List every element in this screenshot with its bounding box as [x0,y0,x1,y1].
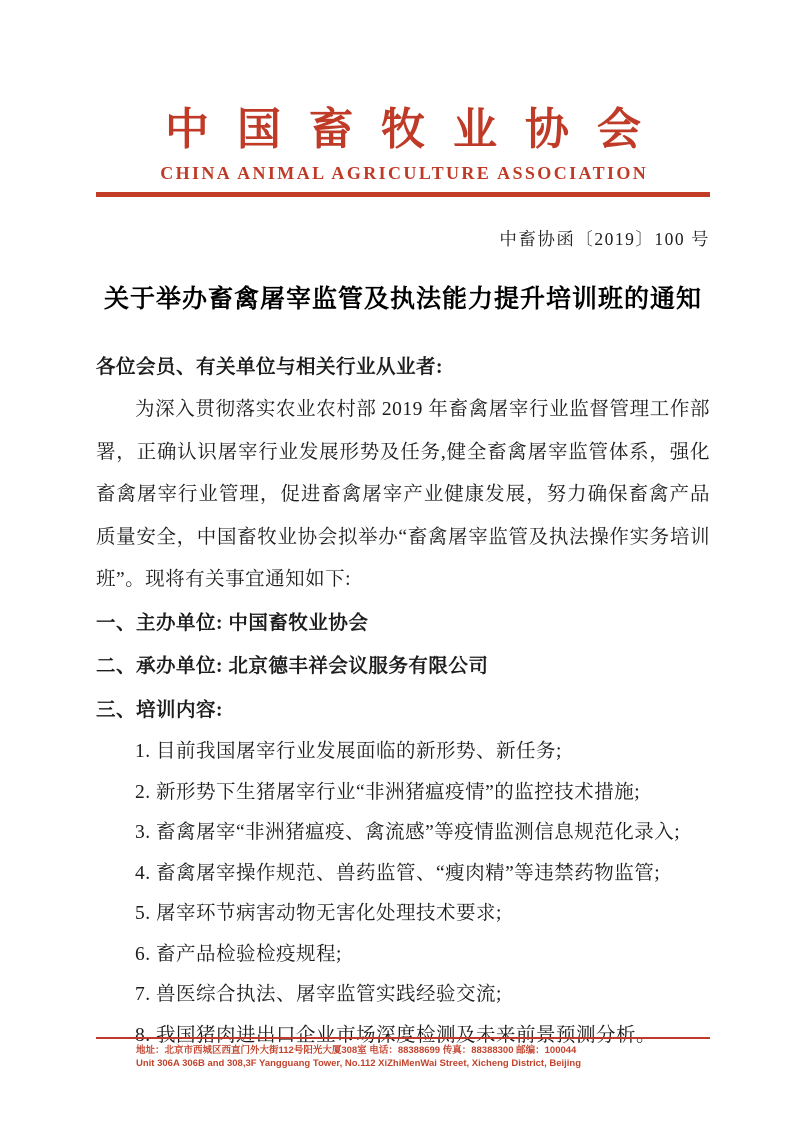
footer-address-en: Unit 306A 306B and 308,3F Yangguang Towe… [136,1058,710,1071]
header-divider [96,192,710,197]
training-items: 1. 目前我国屠宰行业发展面临的新形势、新任务;2. 新形势下生猪屠宰行业“非洲… [96,732,710,1056]
section-heading: 一、主办单位: 中国畜牧业协会 [96,602,710,646]
document-page: 中国畜牧业协会 CHINA ANIMAL AGRICULTURE ASSOCIA… [0,0,800,1132]
training-item: 3. 畜禽屠宰“非洲猪瘟疫、禽流感”等疫情监测信息规范化录入; [96,813,710,854]
ref-number: 中畜协函〔2019〕100 号 [96,228,710,250]
training-item: 2. 新形势下生猪屠宰行业“非洲猪瘟疫情”的监控技术措施; [96,773,710,814]
training-item: 5. 屠宰环节病害动物无害化处理技术要求; [96,894,710,935]
org-name-zh: 中国畜牧业协会 [96,106,738,154]
page-footer: 地址：北京市西城区西直门外大街112号阳光大厦308室 电话：88388699 … [96,1037,710,1070]
training-item: 7. 兽医综合执法、屠宰监管实践经验交流; [96,975,710,1016]
section-heading: 三、培训内容: [96,689,710,733]
training-item: 4. 畜禽屠宰操作规范、兽药监管、“瘦肉精”等违禁药物监管; [96,854,710,895]
document-body: 各位会员、有关单位与相关行业从业者: 为深入贯彻落实农业农村部 2019 年畜禽… [96,347,710,1056]
section-heading: 二、承办单位: 北京德丰祥会议服务有限公司 [96,645,710,689]
letterhead: 中国畜牧业协会 CHINA ANIMAL AGRICULTURE ASSOCIA… [96,106,710,197]
intro-paragraph: 为深入贯彻落实农业农村部 2019 年畜禽屠宰行业监督管理工作部署，正确认识屠宰… [96,389,710,602]
salutation: 各位会员、有关单位与相关行业从业者: [96,347,710,389]
document-title: 关于举办畜禽屠宰监管及执法能力提升培训班的通知 [96,283,710,317]
footer-address-zh: 地址：北京市西城区西直门外大街112号阳光大厦308室 电话：88388699 … [136,1045,710,1058]
training-item: 1. 目前我国屠宰行业发展面临的新形势、新任务; [96,732,710,773]
section-headings: 一、主办单位: 中国畜牧业协会二、承办单位: 北京德丰祥会议服务有限公司三、培训… [96,602,710,733]
org-name-en: CHINA ANIMAL AGRICULTURE ASSOCIATION [96,163,712,184]
footer-divider [96,1037,710,1039]
training-item: 6. 畜产品检验检疫规程; [96,935,710,976]
